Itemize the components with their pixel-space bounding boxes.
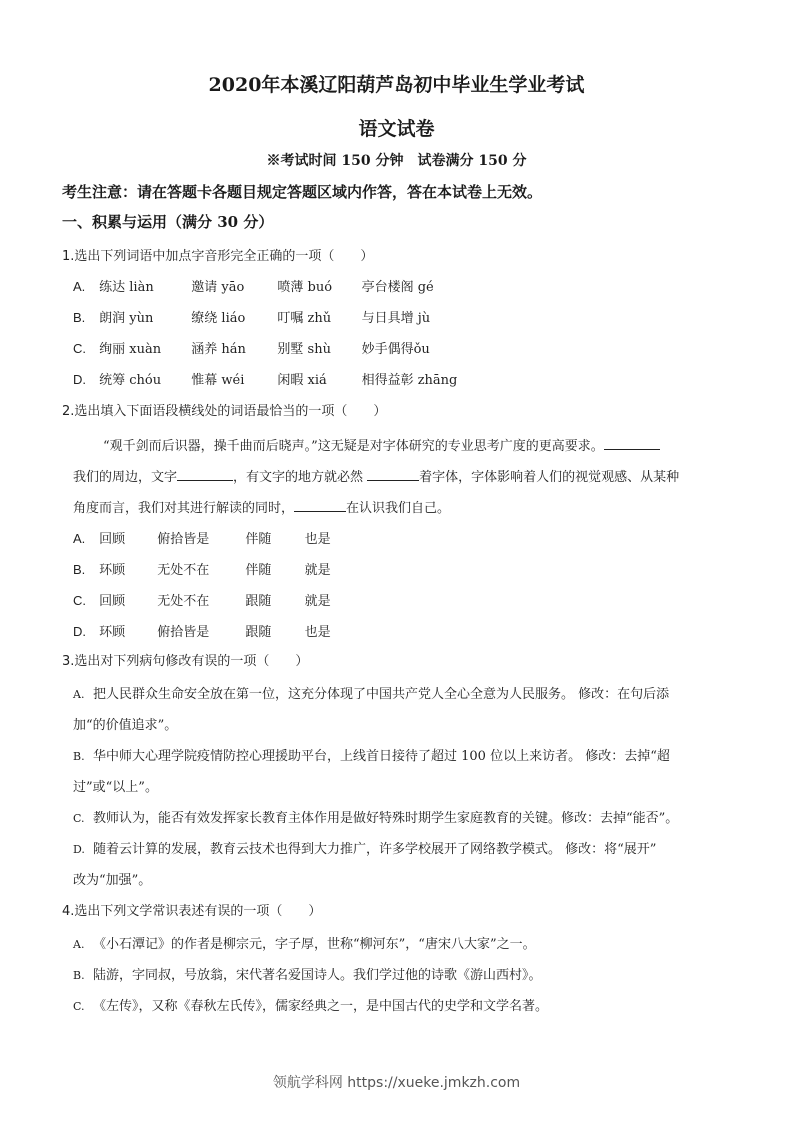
option-text: 随着云计算的发展，教育云技术也得到大力推广，许多学校展开了网络教学模式。 修改：… xyxy=(93,842,656,857)
q3-option-d-line-2: 改为“加强”。 xyxy=(73,869,151,888)
fill-blank xyxy=(367,468,419,481)
passage-text: 在认识我们自己。 xyxy=(346,501,450,516)
option-cell: 跟随 xyxy=(245,621,300,640)
option-cell: 涵养 hán xyxy=(191,338,273,357)
option-text: 教师认为，能否有效发挥家长教育主体作用是做好特殊时期学生家庭教育的关键。修改：去… xyxy=(93,811,678,826)
option-cell: 环顾 xyxy=(99,559,153,578)
option-text: 《小石潭记》的作者是柳宗元，字子厚，世称“柳河东”，“唐宋八大家”之一。 xyxy=(93,937,536,952)
q3-option-c-line-1: C.教师认为，能否有效发挥家长教育主体作用是做好特殊时期学生家庭教育的关键。修改… xyxy=(73,807,678,826)
option-cell: 相得益彰 zhāng xyxy=(362,369,458,388)
option-label: C. xyxy=(73,1000,93,1013)
q3-option-a-line-1: A.把人民群众生命安全放在第一位，这充分体现了中国共产党人全心全意为人民服务。 … xyxy=(73,683,669,702)
option-text: 《左传》，又称《春秋左氏传》，儒家经典之一，是中国古代的史学和文学名著。 xyxy=(93,999,548,1014)
option-cell: 统筹 chóu xyxy=(99,369,187,388)
fill-blank xyxy=(294,499,346,512)
option-cell: 邀请 yāo xyxy=(191,276,273,295)
option-label: A. xyxy=(73,279,95,294)
candidate-notice: 考生注意：请在答题卡各题目规定答题区域内作答，答在本试卷上无效。 xyxy=(62,181,542,202)
option-cell: 环顾 xyxy=(99,621,153,640)
option-label: B. xyxy=(73,310,95,325)
option-cell: 俯拾皆是 xyxy=(157,621,241,640)
question-1-stem: 1.选出下列词语中加点字音形完全正确的一项（ ） xyxy=(62,245,373,264)
q1-option-c: C. 绚丽 xuàn 涵养 hán 别墅 shù 妙手偶得ǒu xyxy=(73,338,430,357)
fill-blank xyxy=(604,437,660,450)
option-label: D. xyxy=(73,624,95,639)
passage-text: 着字体，字体影响着人们的视觉观感、从某种 xyxy=(419,470,679,485)
q3-option-d-line-1: D.随着云计算的发展，教育云技术也得到大力推广，许多学校展开了网络教学模式。 修… xyxy=(73,838,656,857)
q1-option-b: B. 朗润 yùn 缭绕 liáo 叮嘱 zhǔ 与日具增 jù xyxy=(73,307,430,326)
option-cell: 妙手偶得ǒu xyxy=(362,338,430,357)
option-label: A. xyxy=(73,531,95,546)
q2-option-c: C. 回顾 无处不在 跟随 就是 xyxy=(73,590,331,609)
q1-option-d: D. 统筹 chóu 惟幕 wéi 闲暇 xiá 相得益彰 zhāng xyxy=(73,369,457,388)
option-label: B. xyxy=(73,750,93,763)
option-label: D. xyxy=(73,843,93,856)
option-cell: 惟幕 wéi xyxy=(191,369,273,388)
option-text: 华中师大心理学院疫情防控心理援助平台，上线首日接待了超过 100 位以上来访者。… xyxy=(93,749,670,764)
option-cell: 伴随 xyxy=(245,559,300,578)
q2-passage-line-1: “观千剑而后识器，操千曲而后晓声。”这无疑是对字体研究的专业思考广度的更高要求。 xyxy=(103,435,660,454)
passage-text: 角度而言，我们对其进行解读的同时， xyxy=(73,501,294,516)
q2-option-b: B. 环顾 无处不在 伴随 就是 xyxy=(73,559,331,578)
passage-text: ，有文字的地方就必然 xyxy=(233,470,367,485)
q3-option-b-line-2: 过”或“以上”。 xyxy=(73,776,158,795)
q4-option-b: B.陆游，字同叔，号放翁，宋代著名爱国诗人。我们学过他的诗歌《游山西村》。 xyxy=(73,964,542,983)
q4-option-a: A.《小石潭记》的作者是柳宗元，字子厚，世称“柳河东”，“唐宋八大家”之一。 xyxy=(73,933,536,952)
option-cell: 朗润 yùn xyxy=(99,307,187,326)
q1-option-a: A. 练达 liàn 邀请 yāo 喷薄 buó 亭台楼阁 gé xyxy=(73,276,434,295)
question-3-stem: 3.选出对下列病句修改有误的一项（ ） xyxy=(62,650,308,669)
option-cell: 也是 xyxy=(305,528,331,547)
option-cell: 绚丽 xuàn xyxy=(99,338,187,357)
option-cell: 别墅 shù xyxy=(277,338,357,357)
option-label: D. xyxy=(73,372,95,387)
question-4-stem: 4.选出下列文学常识表述有误的一项（ ） xyxy=(62,900,321,919)
q3-option-b-line-1: B.华中师大心理学院疫情防控心理援助平台，上线首日接待了超过 100 位以上来访… xyxy=(73,745,670,764)
option-cell: 练达 liàn xyxy=(99,276,187,295)
exam-subtitle: 语文试卷 xyxy=(0,114,793,141)
option-cell: 就是 xyxy=(305,590,331,609)
option-label: C. xyxy=(73,341,95,356)
q4-option-c: C.《左传》，又称《春秋左氏传》，儒家经典之一，是中国古代的史学和文学名著。 xyxy=(73,995,548,1014)
option-label: B. xyxy=(73,562,95,577)
option-text: 陆游，字同叔，号放翁，宋代著名爱国诗人。我们学过他的诗歌《游山西村》。 xyxy=(93,968,542,983)
option-cell: 无处不在 xyxy=(157,559,241,578)
passage-text: 我们的周边，文字 xyxy=(73,470,177,485)
question-2-stem: 2.选出填入下面语段横线处的词语最恰当的一项（ ） xyxy=(62,400,386,419)
option-cell: 回顾 xyxy=(99,590,153,609)
option-cell: 与日具增 jù xyxy=(362,307,431,326)
q2-passage-line-3: 角度而言，我们对其进行解读的同时，在认识我们自己。 xyxy=(73,497,450,516)
option-label: A. xyxy=(73,938,93,951)
option-cell: 缭绕 liáo xyxy=(191,307,273,326)
q2-option-d: D. 环顾 俯拾皆是 跟随 也是 xyxy=(73,621,331,640)
section-heading: 一、积累与运用（满分 30 分） xyxy=(62,211,273,232)
q2-passage-line-2: 我们的周边，文字，有文字的地方就必然 着字体，字体影响着人们的视觉观感、从某种 xyxy=(73,466,679,485)
option-label: C. xyxy=(73,812,93,825)
option-label: B. xyxy=(73,969,93,982)
option-cell: 闲暇 xiá xyxy=(277,369,357,388)
exam-title: 2020年本溪辽阳葫芦岛初中毕业生学业考试 xyxy=(0,70,793,97)
option-text: 把人民群众生命安全放在第一位，这充分体现了中国共产党人全心全意为人民服务。 修改… xyxy=(93,687,669,702)
option-cell: 喷薄 buó xyxy=(277,276,357,295)
q2-option-a: A. 回顾 俯拾皆是 伴随 也是 xyxy=(73,528,331,547)
option-cell: 回顾 xyxy=(99,528,153,547)
option-label: C. xyxy=(73,593,95,608)
fill-blank xyxy=(177,468,233,481)
q3-option-a-line-2: 加“的价值追求”。 xyxy=(73,714,177,733)
option-label: A. xyxy=(73,688,93,701)
exam-info: ※考试时间 150 分钟 试卷满分 150 分 xyxy=(0,150,793,170)
option-cell: 跟随 xyxy=(245,590,300,609)
option-cell: 叮嘱 zhǔ xyxy=(277,307,357,326)
option-cell: 俯拾皆是 xyxy=(157,528,241,547)
option-cell: 无处不在 xyxy=(157,590,241,609)
footer-watermark: 领航学科网 https://xueke.jmkzh.com xyxy=(0,1072,793,1092)
passage-text: “观千剑而后识器，操千曲而后晓声。”这无疑是对字体研究的专业思考广度的更高要求。 xyxy=(103,439,604,454)
option-cell: 伴随 xyxy=(245,528,300,547)
option-cell: 亭台楼阁 gé xyxy=(362,276,434,295)
option-cell: 就是 xyxy=(305,559,331,578)
option-cell: 也是 xyxy=(305,621,331,640)
